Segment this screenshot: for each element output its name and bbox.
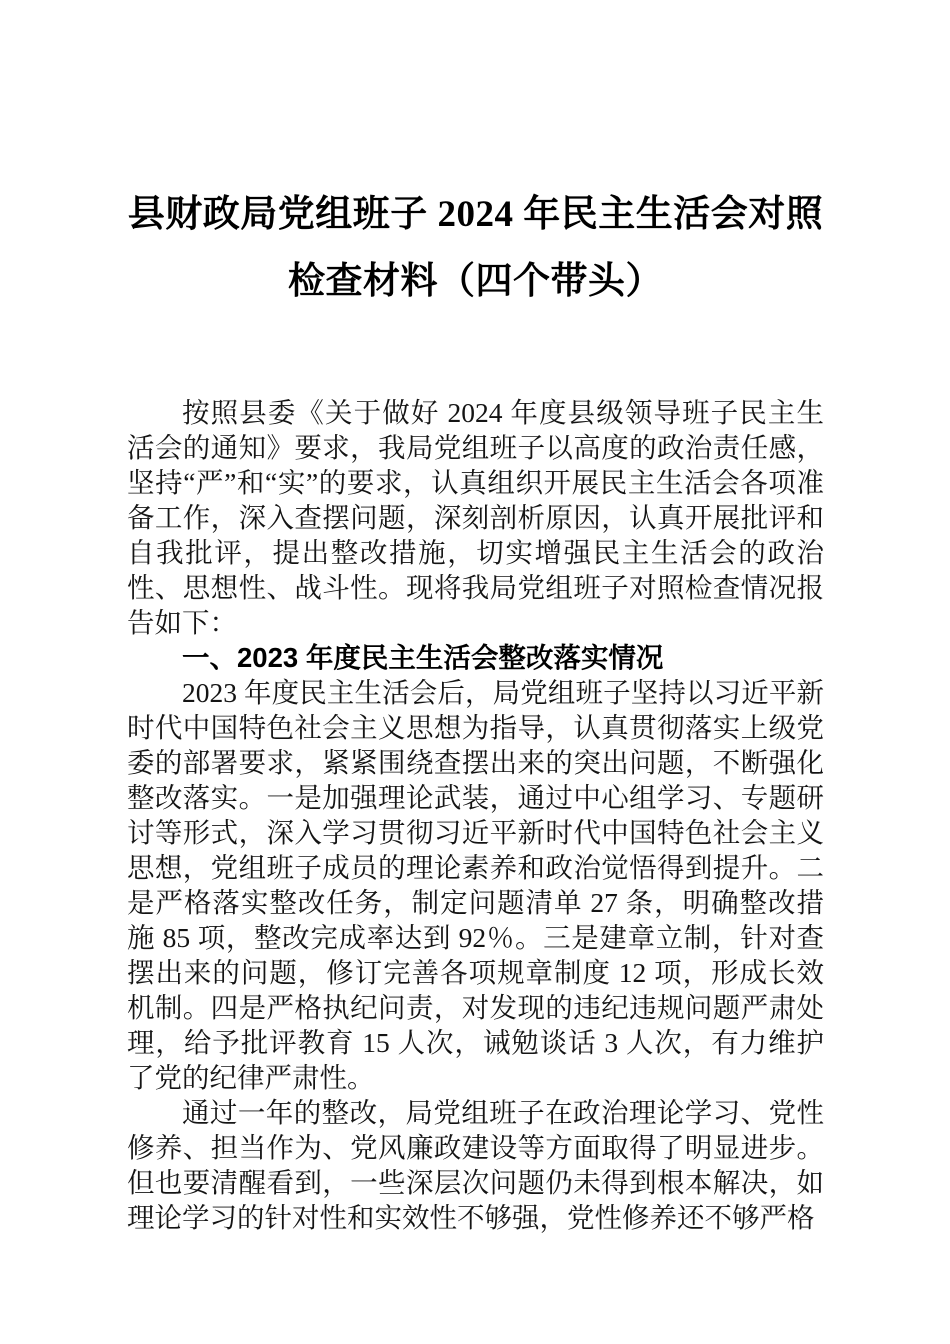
intro-paragraph: 按照县委《关于做好 2024 年度县级领导班子民主生活会的通知》要求，我局党组班…	[127, 395, 824, 640]
document-page: 县财政局党组班子 2024 年民主生活会对照检查材料（四个带头） 按照县委《关于…	[0, 0, 950, 1344]
section-1-paragraph-1: 2023 年度民主生活会后，局党组班子坚持以习近平新时代中国特色社会主义思想为指…	[127, 675, 824, 1095]
document-body: 按照县委《关于做好 2024 年度县级领导班子民主生活会的通知》要求，我局党组班…	[127, 395, 824, 1235]
document-title: 县财政局党组班子 2024 年民主生活会对照检查材料（四个带头）	[127, 0, 824, 315]
section-1-heading: 一、2023 年度民主生活会整改落实情况	[127, 640, 824, 675]
section-1-paragraph-2: 通过一年的整改，局党组班子在政治理论学习、党性修养、担当作为、党风廉政建设等方面…	[127, 1095, 824, 1235]
